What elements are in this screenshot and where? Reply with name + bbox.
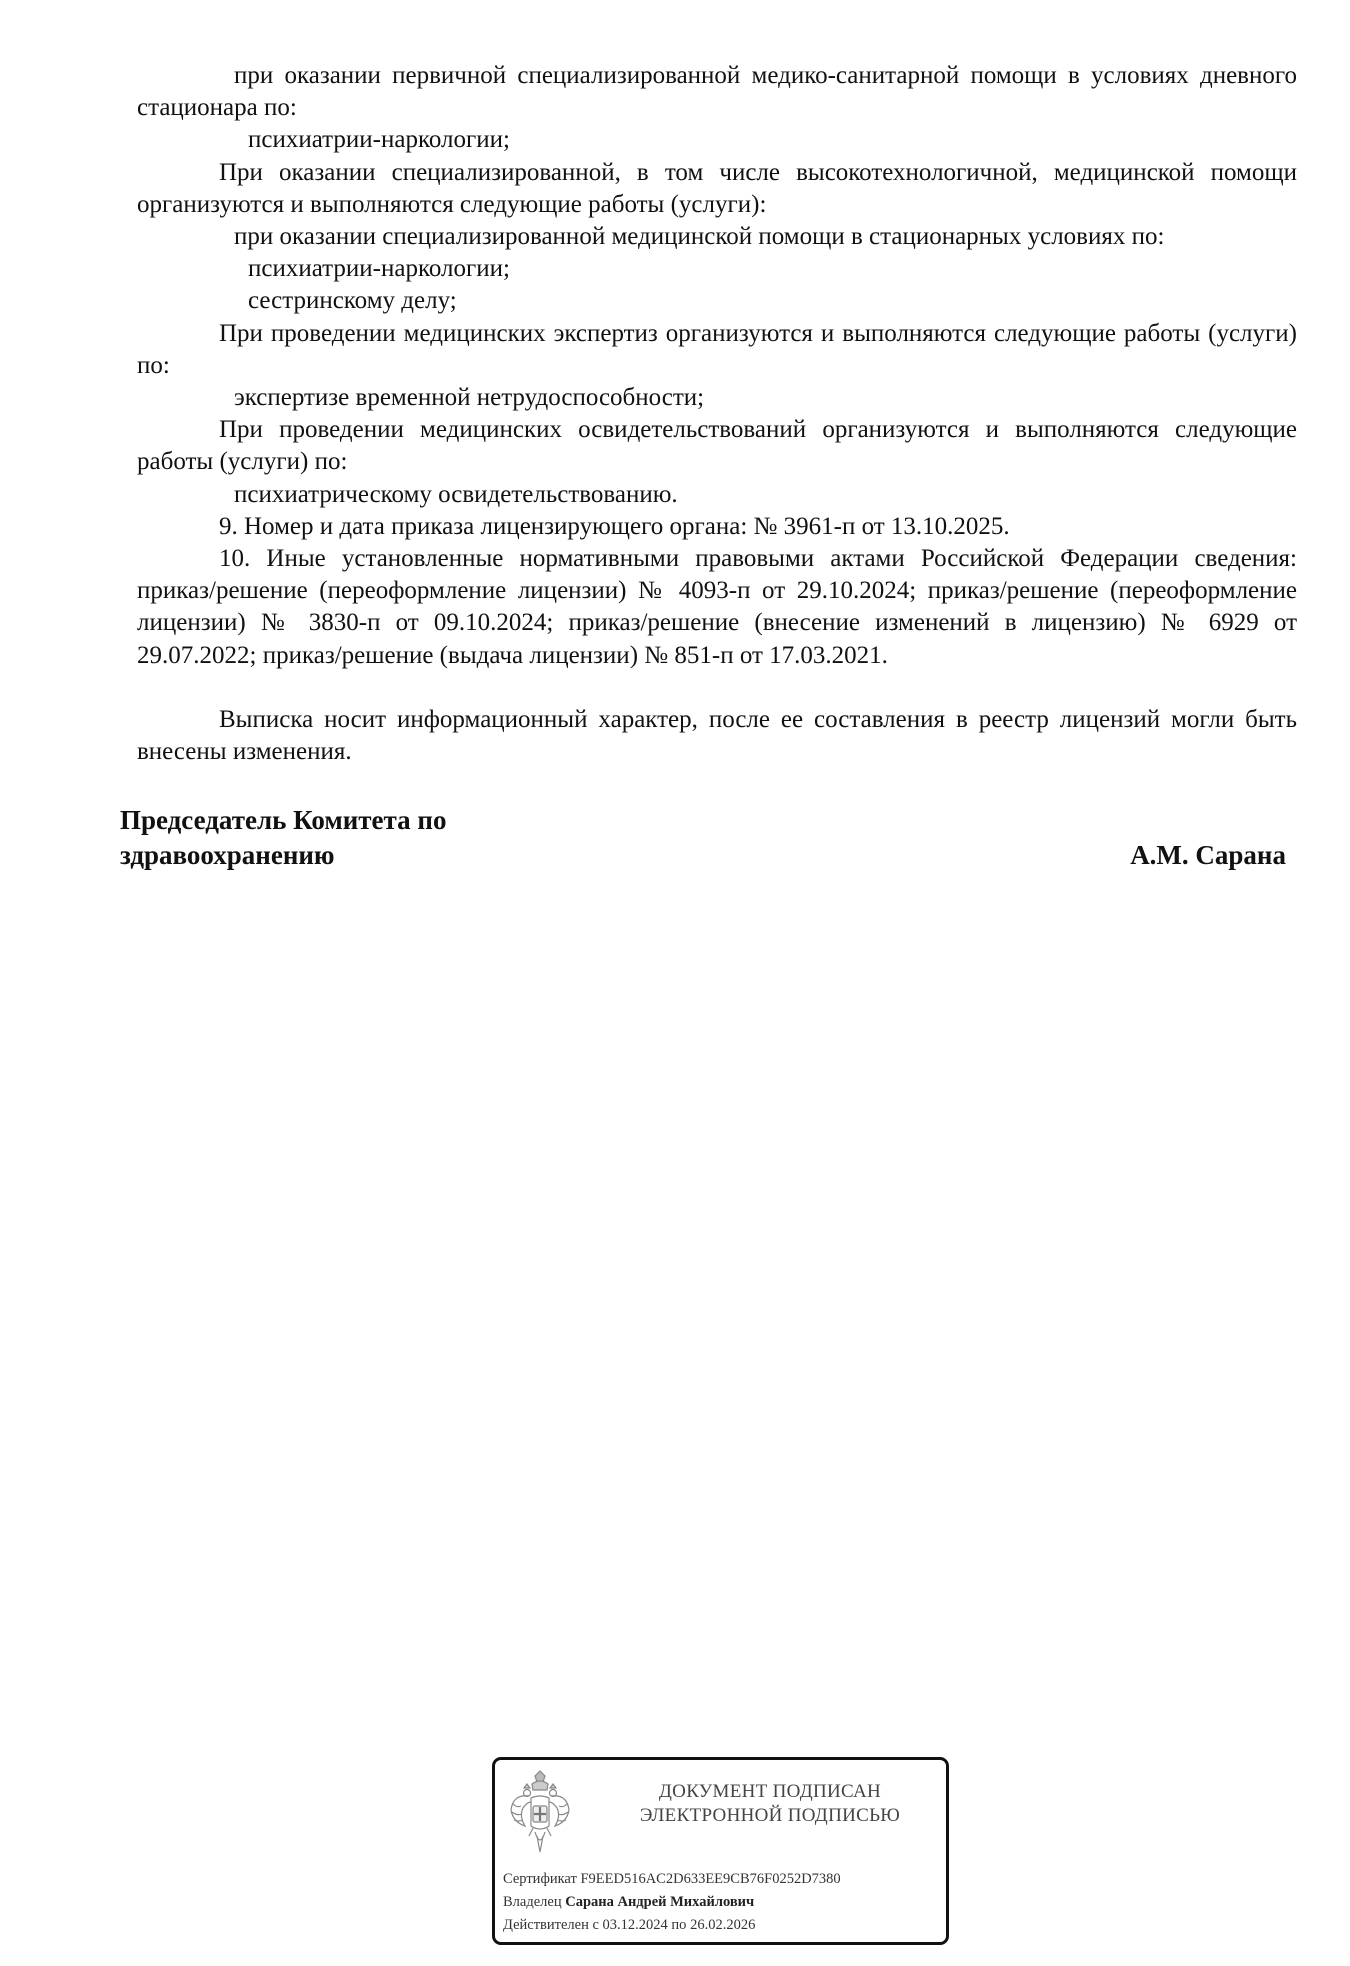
spacer: [137, 672, 1297, 704]
signer-name: А.М. Сарана: [1130, 838, 1286, 873]
certificate-label: Сертификат: [503, 1871, 577, 1887]
owner-value: Сарана Андрей Михайлович: [565, 1894, 754, 1910]
signature-block: Председатель Комитета по здравоохранению…: [120, 803, 1290, 873]
paragraph: При проведении медицинских экспертиз орг…: [137, 318, 1297, 382]
owner-line: Владелец Сарана Андрей Михайлович: [503, 1891, 841, 1914]
certificate-value: F9EED516AC2D633EE9CB76F0252D7380: [580, 1871, 840, 1887]
paragraph: психиатрии-наркологии;: [137, 253, 1297, 285]
owner-label: Владелец: [503, 1894, 562, 1910]
paragraph: при оказании специализированной медицинс…: [137, 221, 1297, 253]
certificate-line: Сертификат F9EED516AC2D633EE9CB76F0252D7…: [503, 1868, 841, 1891]
validity-from-prefix: с: [592, 1917, 598, 1933]
validity-from: 03.12.2024: [603, 1917, 668, 1933]
electronic-signature-stamp: ДОКУМЕНТ ПОДПИСАН ЭЛЕКТРОННОЙ ПОДПИСЬЮ С…: [492, 1757, 949, 1945]
validity-to-prefix: по: [671, 1917, 686, 1933]
signer-position-line2: здравоохранению: [120, 838, 1290, 873]
stamp-details: Сертификат F9EED516AC2D633EE9CB76F0252D7…: [503, 1868, 841, 1937]
paragraph: При проведении медицинских освидетельств…: [137, 414, 1297, 478]
disclaimer-paragraph: Выписка носит информационный характер, п…: [137, 704, 1297, 768]
paragraph: сестринскому делу;: [137, 285, 1297, 317]
document-body: при оказании первичной специализированно…: [137, 60, 1297, 768]
validity-to: 26.02.2026: [690, 1917, 755, 1933]
validity-line: Действителен с 03.12.2024 по 26.02.2026: [503, 1914, 841, 1937]
paragraph: психиатрическому освидетельствованию.: [137, 479, 1297, 511]
paragraph: При оказании специализированной, в том ч…: [137, 157, 1297, 221]
coat-of-arms-icon: [507, 1770, 573, 1856]
document-page: при оказании первичной специализированно…: [0, 0, 1350, 1966]
validity-label: Действителен: [503, 1917, 589, 1933]
stamp-title-line1: ДОКУМЕНТ ПОДПИСАН: [605, 1780, 935, 1804]
other-info-paragraph: 10. Иные установленные нормативными прав…: [137, 543, 1297, 672]
order-number-paragraph: 9. Номер и дата приказа лицензирующего о…: [137, 511, 1297, 543]
paragraph: экспертизе временной нетрудоспособности;: [137, 382, 1297, 414]
stamp-title: ДОКУМЕНТ ПОДПИСАН ЭЛЕКТРОННОЙ ПОДПИСЬЮ: [605, 1780, 935, 1828]
signer-position-line1: Председатель Комитета по: [120, 803, 1290, 838]
paragraph: при оказании первичной специализированно…: [137, 60, 1297, 124]
stamp-title-line2: ЭЛЕКТРОННОЙ ПОДПИСЬЮ: [605, 1804, 935, 1828]
paragraph: психиатрии-наркологии;: [137, 124, 1297, 156]
